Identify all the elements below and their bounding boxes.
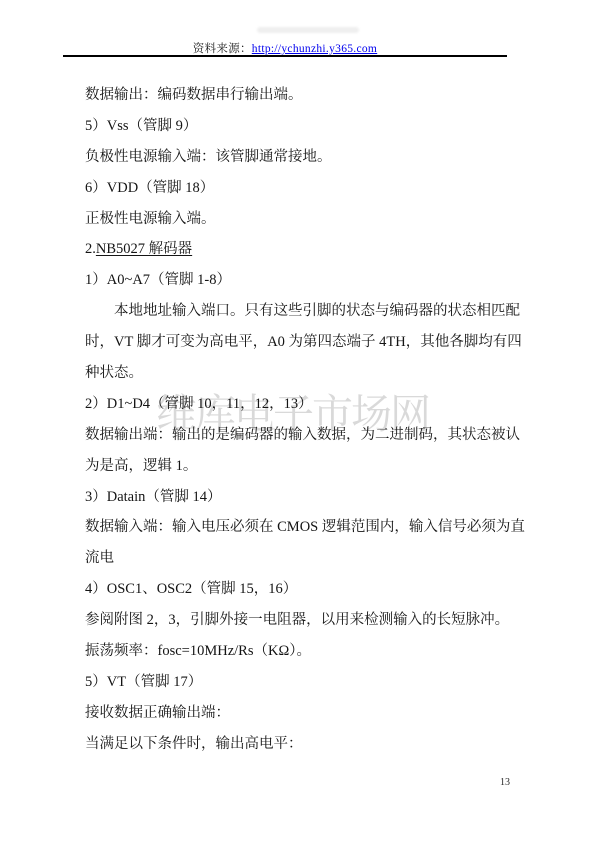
doc-line: 5）Vss（管脚 9） (85, 111, 523, 142)
doc-line: 种状态。 (85, 358, 523, 389)
doc-line: 数据输出端：输出的是编码器的输入数据，为二进制码，其状态被认 (85, 420, 523, 451)
doc-line: 4）OSC1、OSC2（管脚 15，16） (85, 574, 523, 605)
source-label: 资料来源： (193, 43, 252, 55)
doc-line: 3）Datain（管脚 14） (85, 482, 523, 513)
doc-line: 负极性电源输入端：该管脚通常接地。 (85, 142, 523, 173)
doc-line: 5）VT（管脚 17） (85, 667, 523, 698)
page-number: 13 (500, 777, 510, 788)
document-page: 资料来源：http://ychunzhi.y365.com 维库电子市场网 数据… (0, 0, 595, 842)
heading-title: NB5027 解码器 (96, 241, 192, 257)
doc-line: 接收数据正确输出端： (85, 698, 523, 729)
section-heading-nb5027: 2.NB5027 解码器 (85, 234, 523, 265)
document-body: 数据输出：编码数据串行输出端。 5）Vss（管脚 9） 负极性电源输入端：该管脚… (85, 80, 523, 760)
doc-line: 振荡频率：fosc=10MHz/Rs（KΩ）。 (85, 636, 523, 667)
source-link[interactable]: http://ychunzhi.y365.com (252, 43, 377, 55)
doc-line: 数据输出：编码数据串行输出端。 (85, 80, 523, 111)
doc-line: 本地地址输入端口。只有这些引脚的状态与编码器的状态相匹配 (85, 296, 523, 327)
doc-line: 参阅附图 2，3，引脚外接一电阻器，以用来检测输入的长短脉冲。 (85, 605, 523, 636)
doc-line: 数据输入端：输入电压必须在 CMOS 逻辑范围内，输入信号必须为直 (85, 512, 523, 543)
doc-line: 时，VT 脚才可变为高电平，A0 为第四态端子 4TH，其他各脚均有四 (85, 327, 523, 358)
doc-line: 1）A0~A7（管脚 1-8） (85, 265, 523, 296)
doc-line: 6）VDD（管脚 18） (85, 173, 523, 204)
heading-number: 2. (85, 241, 96, 257)
doc-line: 正极性电源输入端。 (85, 204, 523, 235)
doc-line: 为是高，逻辑 1。 (85, 451, 523, 482)
header-divider (63, 55, 507, 57)
doc-line: 流电 (85, 543, 523, 574)
doc-line: 2）D1~D4（管脚 10，11，12，13） (85, 389, 523, 420)
page-header: 资料来源：http://ychunzhi.y365.com (0, 40, 570, 56)
doc-line: 当满足以下条件时，输出高电平： (85, 729, 523, 760)
scan-artifact (257, 27, 359, 33)
